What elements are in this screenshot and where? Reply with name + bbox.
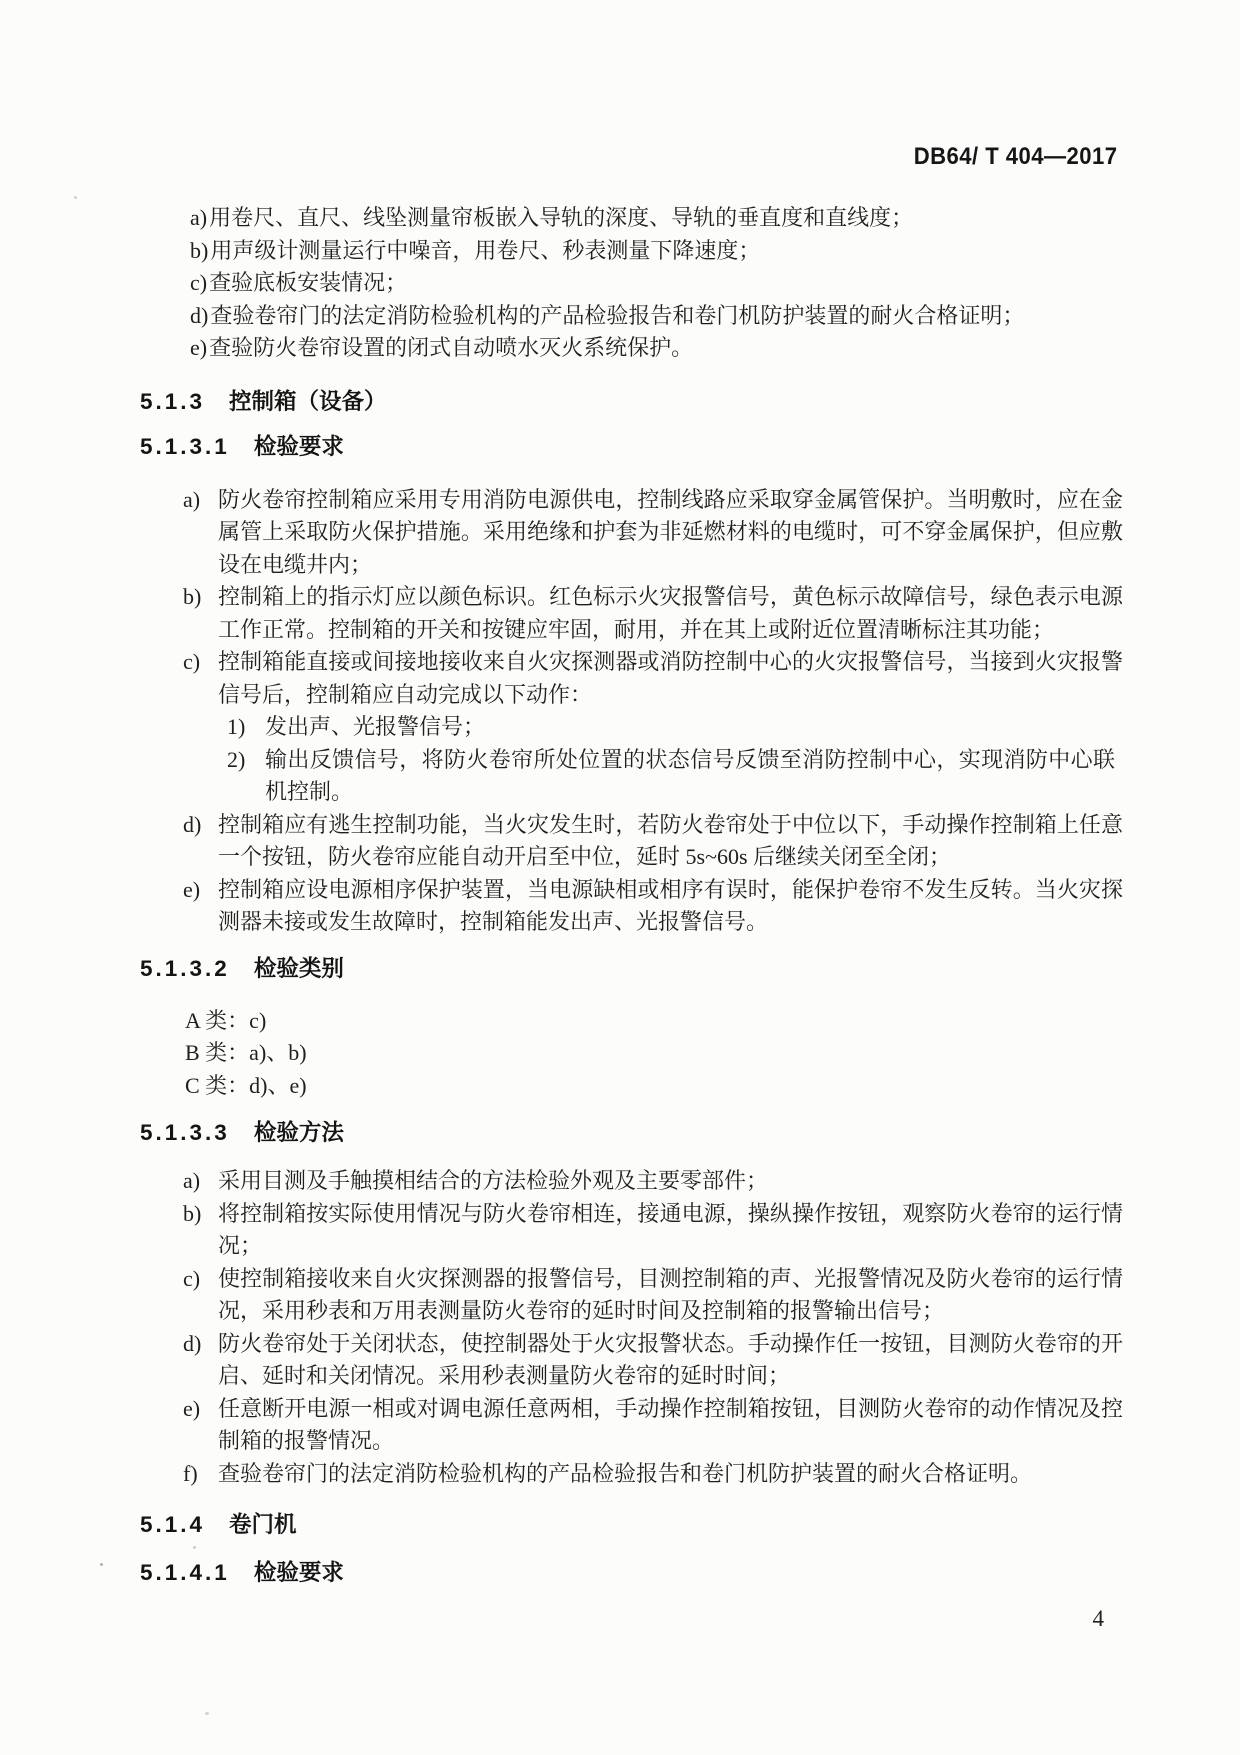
section-heading-514: 5.1.4卷门机 xyxy=(140,1509,1240,1541)
item-label: a) xyxy=(183,484,200,517)
requirements-list: a)防火卷帘控制箱应采用专用消防电源供电，控制线路应采取穿金属管保护。当明敷时，… xyxy=(0,484,1240,939)
section-heading-5133: 5.1.3.3检验方法 xyxy=(140,1117,1240,1149)
section-heading-5141: 5.1.4.1检验要求 xyxy=(140,1557,1240,1589)
doc-number-header: DB64/ T 404—2017 xyxy=(0,0,1240,172)
list-item: a)采用目测及手触摸相结合的方法检验外观及主要零部件； xyxy=(218,1165,1123,1198)
item-label: f) xyxy=(183,1458,198,1491)
item-text: 查验卷帘门的法定消防检验机构的产品检验报告和卷门机防护装置的耐火合格证明。 xyxy=(218,1461,1032,1486)
item-text: 输出反馈信号，将防火卷帘所处位置的状态信号反馈至消防控制中心，实现消防中心联机控… xyxy=(265,747,1115,805)
item-label: c) xyxy=(183,1263,200,1296)
item-label: b) xyxy=(183,1198,201,1231)
item-text: 用卷尺、直尺、线坠测量帘板嵌入导轨的深度、导轨的垂直度和直线度； xyxy=(209,205,913,230)
class-line-b: B 类：a)、b) xyxy=(185,1037,1240,1070)
item-text: 采用目测及手触摸相结合的方法检验外观及主要零部件； xyxy=(218,1168,768,1193)
class-line-c: C 类：d)、e) xyxy=(185,1070,1240,1103)
list-item: c)使控制箱接收来自火灾探测器的报警信号，目测控制箱的声、光报警情况及防火卷帘的… xyxy=(218,1263,1123,1328)
item-label: d) xyxy=(183,809,201,842)
item-text: 任意断开电源一相或对调电源任意两相，手动操作控制箱按钮，目测防火卷帘的动作情况及… xyxy=(218,1396,1123,1454)
section-number: 5.1.3.2 xyxy=(140,956,230,981)
item-label: e) xyxy=(190,335,209,360)
item-label: a) xyxy=(190,205,209,230)
list-item: b)将控制箱按实际使用情况与防火卷帘相连，接通电源，操纵操作按钮，观察防火卷帘的… xyxy=(218,1198,1123,1263)
section-number: 5.1.3.3 xyxy=(140,1120,230,1145)
section-title: 检验方法 xyxy=(254,1120,344,1145)
item-text: 用声级计测量运行中噪音，用卷尺、秒表测量下降速度； xyxy=(210,238,760,263)
sub-list-item: 2)输出反馈信号，将防火卷帘所处位置的状态信号反馈至消防控制中心，实现消防中心联… xyxy=(265,744,1115,809)
item-label: c) xyxy=(190,270,209,295)
list-item: b)用声级计测量运行中噪音，用卷尺、秒表测量下降速度； xyxy=(190,235,1240,268)
scan-speck xyxy=(74,196,77,199)
class-category-list: A 类：c) B 类：a)、b) C 类：d)、e) xyxy=(185,1005,1240,1103)
item-label: b) xyxy=(183,581,201,614)
list-item: b)控制箱上的指示灯应以颜色标识。红色标示火灾报警信号，黄色标示故障信号，绿色表… xyxy=(218,581,1123,646)
section-heading-513: 5.1.3控制箱（设备） xyxy=(140,386,1240,418)
section-heading-5131: 5.1.3.1检验要求 xyxy=(140,431,1240,463)
item-label: 2) xyxy=(227,744,245,777)
list-item: a)用卷尺、直尺、线坠测量帘板嵌入导轨的深度、导轨的垂直度和直线度； xyxy=(190,202,1240,235)
item-text: 控制箱应有逃生控制功能，当火灾发生时，若防火卷帘处于中位以下，手动操作控制箱上任… xyxy=(218,812,1123,870)
class-line-a: A 类：c) xyxy=(185,1005,1240,1038)
item-label: e) xyxy=(183,1393,200,1426)
item-text: 防火卷帘处于关闭状态，使控制器处于火灾报警状态。手动操作任一按钮，目测防火卷帘的… xyxy=(218,1331,1123,1389)
item-label: c) xyxy=(183,646,200,679)
item-text: 控制箱能直接或间接地接收来自火灾探测器或消防控制中心的火灾报警信号，当接到火灾报… xyxy=(218,649,1123,707)
list-item: f)查验卷帘门的法定消防检验机构的产品检验报告和卷门机防护装置的耐火合格证明。 xyxy=(218,1458,1123,1491)
page-number: 4 xyxy=(1093,1606,1105,1632)
list-item: e)查验防火卷帘设置的闭式自动喷水灭火系统保护。 xyxy=(190,332,1240,365)
item-label: b) xyxy=(190,238,210,263)
item-text: 控制箱应设电源相序保护装置，当电源缺相或相序有误时，能保护卷帘不发生反转。当火灾… xyxy=(218,877,1123,935)
item-label: d) xyxy=(190,303,210,328)
item-text: 将控制箱按实际使用情况与防火卷帘相连，接通电源，操纵操作按钮，观察防火卷帘的运行… xyxy=(218,1201,1123,1259)
section-number: 5.1.3.1 xyxy=(140,434,230,459)
section-heading-5132: 5.1.3.2检验类别 xyxy=(140,953,1240,985)
item-text: 查验防火卷帘设置的闭式自动喷水灭火系统保护。 xyxy=(209,335,693,360)
section-title: 检验要求 xyxy=(254,1560,344,1585)
list-item: a)防火卷帘控制箱应采用专用消防电源供电，控制线路应采取穿金属管保护。当明敷时，… xyxy=(218,484,1123,582)
list-item: e)控制箱应设电源相序保护装置，当电源缺相或相序有误时，能保护卷帘不发生反转。当… xyxy=(218,874,1123,939)
item-text: 控制箱上的指示灯应以颜色标识。红色标示火灾报警信号，黄色标示故障信号，绿色表示电… xyxy=(218,584,1123,642)
item-text: 发出声、光报警信号； xyxy=(265,714,485,739)
list-item: d)查验卷帘门的法定消防检验机构的产品检验报告和卷门机防护装置的耐火合格证明； xyxy=(190,300,1240,333)
scan-speck xyxy=(193,1546,196,1549)
item-label: a) xyxy=(183,1165,200,1198)
item-text: 查验底板安装情况； xyxy=(209,270,407,295)
intro-list: a)用卷尺、直尺、线坠测量帘板嵌入导轨的深度、导轨的垂直度和直线度； b)用声级… xyxy=(190,202,1240,365)
item-label: d) xyxy=(183,1328,201,1361)
item-text: 使控制箱接收来自火灾探测器的报警信号，目测控制箱的声、光报警情况及防火卷帘的运行… xyxy=(218,1266,1123,1324)
section-number: 5.1.4.1 xyxy=(140,1560,230,1585)
section-title: 检验要求 xyxy=(254,434,344,459)
scan-speck xyxy=(205,1712,209,1715)
list-item: c)控制箱能直接或间接地接收来自火灾探测器或消防控制中心的火灾报警信号，当接到火… xyxy=(218,646,1123,711)
doc-number: DB64/ T 404—2017 xyxy=(913,142,1117,172)
section-number: 5.1.4 xyxy=(140,1512,205,1537)
list-item: d)控制箱应有逃生控制功能，当火灾发生时，若防火卷帘处于中位以下，手动操作控制箱… xyxy=(218,809,1123,874)
item-text: 查验卷帘门的法定消防检验机构的产品检验报告和卷门机防护装置的耐火合格证明； xyxy=(210,303,1024,328)
section-title: 卷门机 xyxy=(229,1512,297,1537)
scan-speck xyxy=(100,1563,103,1566)
list-item: e)任意断开电源一相或对调电源任意两相，手动操作控制箱按钮，目测防火卷帘的动作情… xyxy=(218,1393,1123,1458)
list-item: c)查验底板安装情况； xyxy=(190,267,1240,300)
item-label: 1) xyxy=(227,711,245,744)
document-page: DB64/ T 404—2017 a)用卷尺、直尺、线坠测量帘板嵌入导轨的深度、… xyxy=(0,0,1240,1755)
section-number: 5.1.3 xyxy=(140,389,205,414)
methods-list: a)采用目测及手触摸相结合的方法检验外观及主要零部件； b)将控制箱按实际使用情… xyxy=(0,1165,1240,1490)
list-item: d)防火卷帘处于关闭状态，使控制器处于火灾报警状态。手动操作任一按钮，目测防火卷… xyxy=(218,1328,1123,1393)
item-label: e) xyxy=(183,874,200,907)
section-title: 控制箱（设备） xyxy=(229,389,387,414)
sub-list-item: 1)发出声、光报警信号； xyxy=(265,711,1115,744)
item-text: 防火卷帘控制箱应采用专用消防电源供电，控制线路应采取穿金属管保护。当明敷时，应在… xyxy=(218,487,1123,577)
section-title: 检验类别 xyxy=(254,956,344,981)
